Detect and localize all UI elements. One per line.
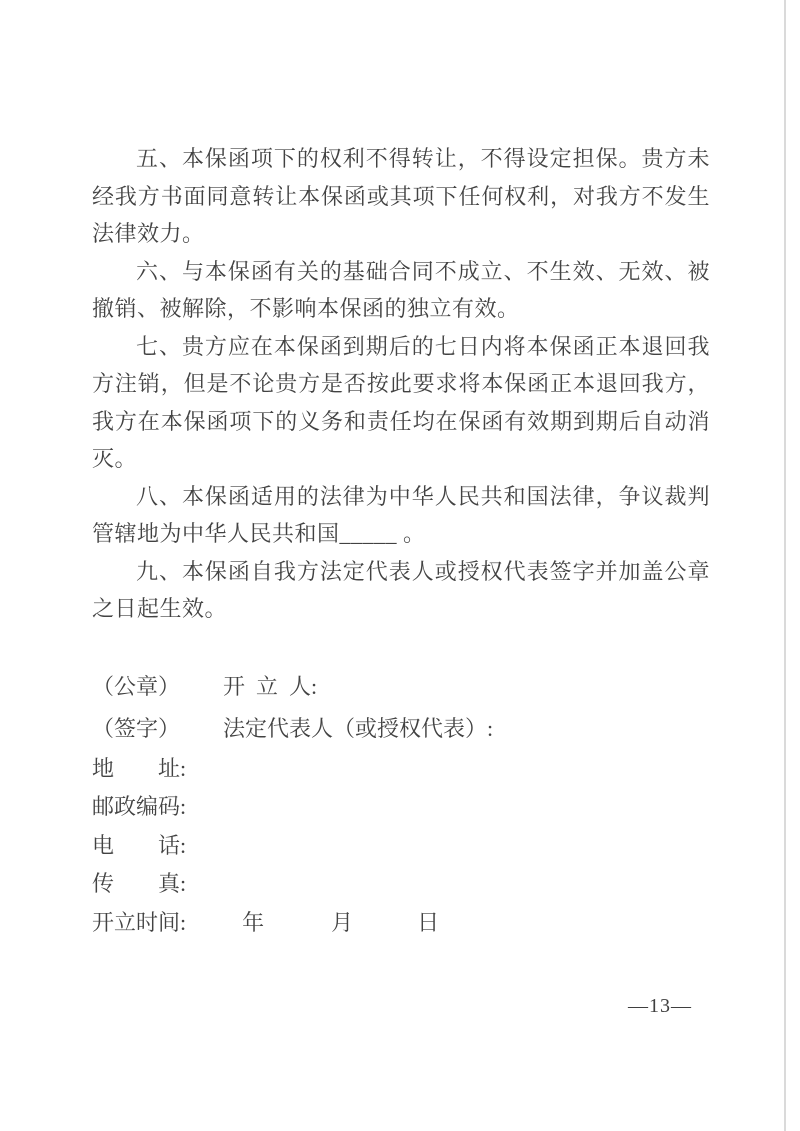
day-label: 日 (417, 904, 439, 943)
contact-block: 地 址: 邮政编码: 电 话: 传 真: 开立时间: 年 月 日 (92, 750, 710, 943)
paragraph-clause-9: 九、本保函自我方法定代表人或授权代表签字并加盖公章之日起生效。 (92, 553, 710, 628)
postal-code-label: 邮政编码: (92, 788, 710, 827)
telephone-label: 电 话: (92, 827, 710, 866)
fax-label: 传 真: (92, 865, 710, 904)
month-label: 月 (331, 904, 353, 943)
paragraph-clause-8: 八、本保函适用的法律为中华人民共和国法律，争议裁判管辖地为中华人民共和国____… (92, 478, 710, 553)
issuer-label: 开 立 人: (223, 666, 317, 708)
seal-label: （公章） (92, 666, 223, 708)
year-label: 年 (242, 904, 264, 943)
issue-date-row: 开立时间: 年 月 日 (92, 904, 710, 943)
page-number: —13— (628, 995, 692, 1018)
paragraph-clause-5: 五、本保函项下的权利不得转让，不得设定担保。贵方未经我方书面同意转让本保函或其项… (92, 140, 710, 253)
document-body: 五、本保函项下的权利不得转让，不得设定担保。贵方未经我方书面同意转让本保函或其项… (92, 140, 710, 942)
sign-label: （签字） (92, 708, 223, 750)
legal-representative-label: 法定代表人（或授权代表）: (223, 708, 493, 750)
signature-block: （公章） 开 立 人: （签字） 法定代表人（或授权代表）: (92, 666, 710, 750)
paragraph-clause-6: 六、与本保函有关的基础合同不成立、不生效、无效、被撤销、被解除，不影响本保函的独… (92, 253, 710, 328)
signature-row-sign: （签字） 法定代表人（或授权代表）: (92, 708, 710, 750)
issue-date-label: 开立时间: (92, 904, 186, 943)
address-label: 地 址: (92, 750, 710, 789)
signature-row-seal: （公章） 开 立 人: (92, 666, 710, 708)
scanned-document-page: 五、本保函项下的权利不得转让，不得设定担保。贵方未经我方书面同意转让本保函或其项… (0, 0, 800, 1131)
scan-edge-line (784, 0, 786, 1131)
paragraph-clause-7: 七、贵方应在本保函到期后的七日内将本保函正本退回我方注销，但是不论贵方是否按此要… (92, 328, 710, 478)
